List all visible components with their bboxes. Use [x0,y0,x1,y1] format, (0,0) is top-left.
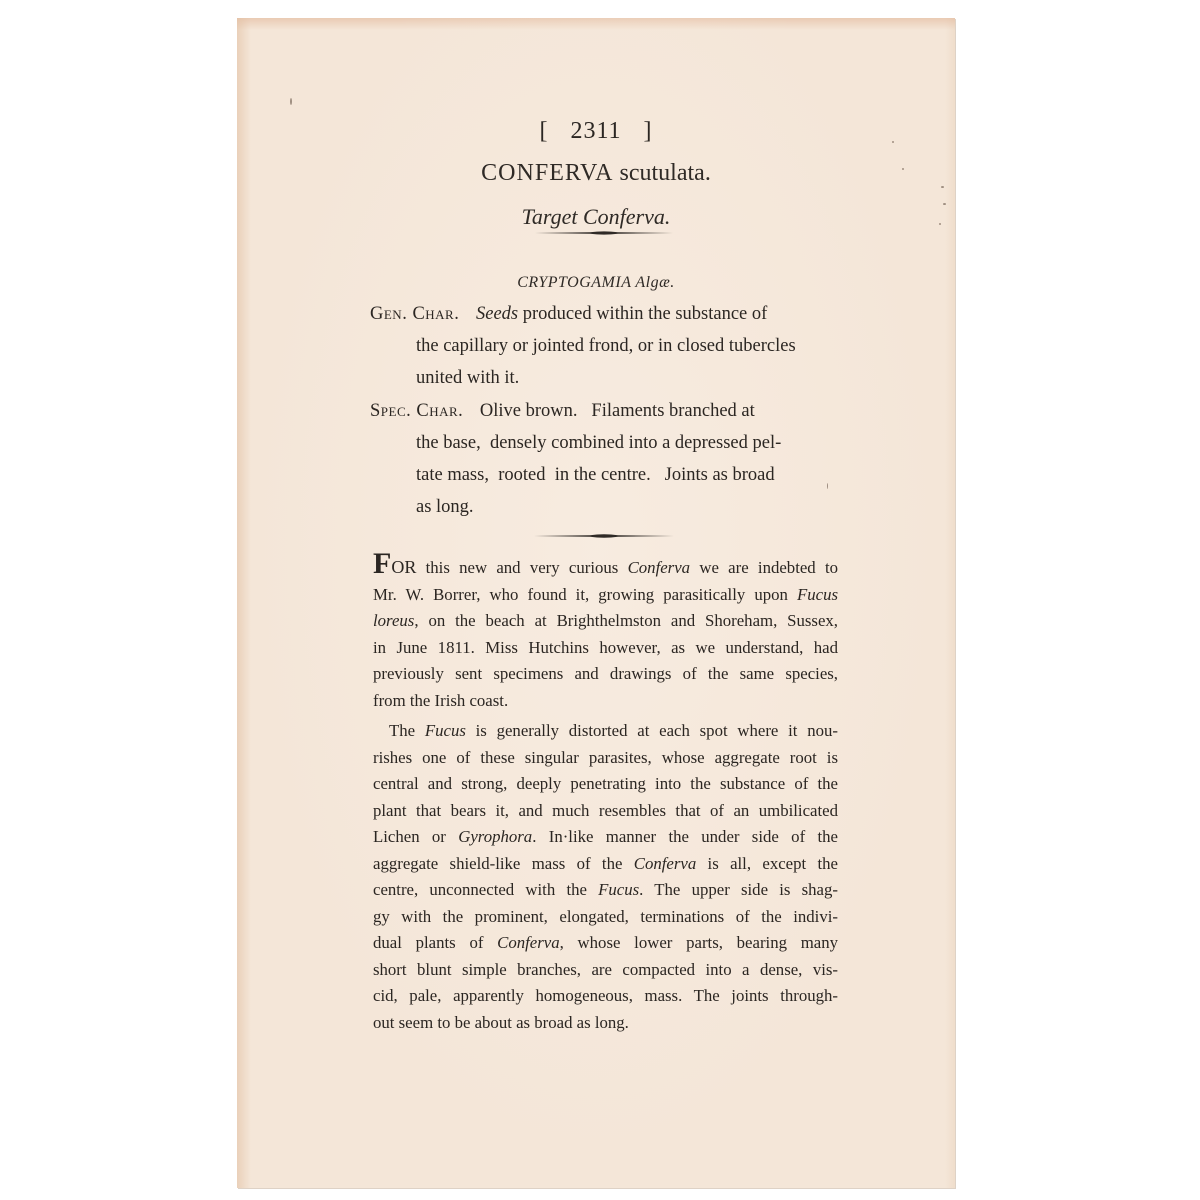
gen-char-label: Gen. Char. [370,304,459,324]
text-line: dual plants of Conferva, whose lower par… [373,930,838,957]
text-run: dual plants of [373,933,497,952]
generic-character: Gen. Char. Seeds produced within the sub… [370,298,840,394]
text-run: from the Irish coast. [373,691,508,710]
spec-char-line: the base, densely combined into a depres… [370,427,840,459]
text-run: rishes one of these singular parasites, … [373,748,838,767]
text-line: loreus, on the beach at Brighthelmston a… [373,608,838,635]
text-run: in June 1811. Miss Hutchins however, as … [373,638,838,657]
spec-char-line: as long. [370,491,840,523]
gen-char-line: Gen. Char. Seeds produced within the sub… [370,298,840,330]
italic-term: Conferva [628,558,690,577]
drop-cap-rest: OR [391,557,416,577]
spec-char-line: tate mass, rooted in the centre. Joints … [370,459,840,491]
text-run: The [389,721,425,740]
italic-term: loreus [373,611,414,630]
ornamental-rule-top [535,230,673,236]
text-run: Mr. W. Borrer, who found it, growing par… [373,585,797,604]
spec-char-label: Spec. Char. [370,401,463,421]
text-run: aggregate shield-like mass of the [373,854,634,873]
text-run: plant that bears it, and much resembles … [373,801,838,820]
text-line: short blunt simple branches, are compact… [373,957,838,984]
text-run: centre, unconnected with the [373,880,598,899]
text-run: Lichen or [373,827,458,846]
italic-term: Fucus [598,880,639,899]
text-line: from the Irish coast. [373,688,838,715]
text-run: this new and very curious [416,558,627,577]
italic-term: Fucus [425,721,466,740]
text-line: plant that bears it, and much resembles … [373,798,838,825]
text-run: , whose lower parts, bearing many [560,933,838,952]
text-line: The Fucus is generally distorted at each… [373,718,838,745]
text-line: central and strong, deeply penetrating i… [373,771,838,798]
plate-number-value: 2311 [570,118,621,144]
text-run: central and strong, deeply penetrating i… [373,774,838,793]
classification: CRYPTOGAMIA Algæ. [237,274,955,292]
spec-char-line: Spec. Char. Olive brown. Filaments branc… [370,395,840,427]
text-line: Mr. W. Borrer, who found it, growing par… [373,582,838,609]
italic-term: Conferva [497,933,559,952]
text-run: cid, pale, apparently homogeneous, mass.… [373,986,838,1005]
text-line: aggregate shield-like mass of the Confer… [373,851,838,878]
text-line: cid, pale, apparently homogeneous, mass.… [373,983,838,1010]
text-run: short blunt simple branches, are compact… [373,960,838,979]
text-run: . The upper side is shag- [639,880,838,899]
italic-term: Fucus [797,585,838,604]
text-line: Lichen or Gyrophora. In·like manner the … [373,824,838,851]
species-title: CONFERVA scutulata. [237,160,955,187]
text-run: out seem to be about as broad as long. [373,1013,629,1032]
text-run: gy with the prominent, elongated, termin… [373,907,838,926]
genus-name: CONFERVA [481,160,613,186]
description-paragraph-1: FOR this new and very curious Conferva w… [373,554,838,714]
gen-char-text: produced within the substance of [518,304,767,324]
ornamental-rule-bottom [534,533,674,539]
paper-speck [290,98,292,105]
italic-term: Gyrophora [458,827,532,846]
text-run: is all, except the [696,854,838,873]
text-run: is generally distorted at each spot wher… [466,721,838,740]
text-run: , on the beach at Brighthelmston and Sho… [414,611,838,630]
bracket-close: ] [622,118,675,144]
text-line: centre, unconnected with the Fucus. The … [373,877,838,904]
text-line: FOR this new and very curious Conferva w… [373,554,838,582]
text-run: . In·like manner the under side of the [532,827,838,846]
drop-cap: F [373,547,391,580]
text-line: gy with the prominent, elongated, termin… [373,904,838,931]
text-line: out seem to be about as broad as long. [373,1010,838,1037]
text-run: we are indebted to [690,558,838,577]
italic-term: Conferva [634,854,696,873]
description-paragraph-2: The Fucus is generally distorted at each… [373,718,838,1036]
text-run: previously sent specimens and drawings o… [373,664,838,683]
specific-character: Spec. Char. Olive brown. Filaments branc… [370,395,840,523]
book-page: [2311] CONFERVA scutulata. Target Confer… [237,18,955,1188]
italic-term: Seeds [476,304,518,324]
plate-number: [2311] [237,118,955,145]
text-line: rishes one of these singular parasites, … [373,745,838,772]
common-name: Target Conferva. [237,204,955,230]
gen-char-line: the capillary or jointed frond, or in cl… [370,330,840,362]
spec-char-text: Olive brown. Filaments branched at [480,401,755,421]
gen-char-line: united with it. [370,362,840,394]
species-name: scutulata. [620,160,711,186]
bracket-open: [ [517,118,570,144]
text-line: previously sent specimens and drawings o… [373,661,838,688]
text-line: in June 1811. Miss Hutchins however, as … [373,635,838,662]
